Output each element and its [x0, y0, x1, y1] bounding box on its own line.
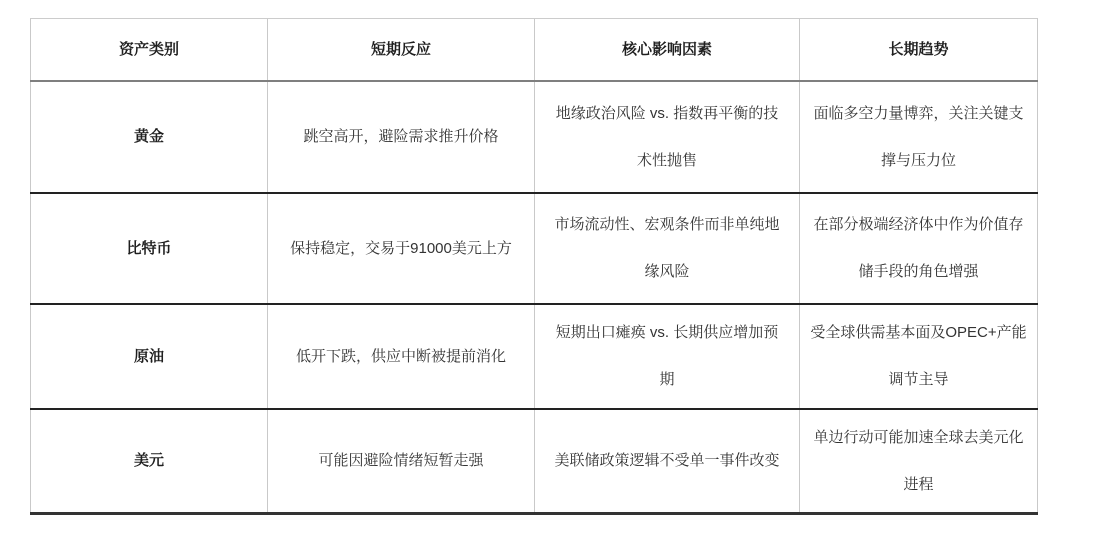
cell-long-term-trend: 面临多空力量博弈，关注关键支 撑与压力位: [800, 81, 1038, 193]
cell-asset-name: 比特币: [31, 193, 268, 304]
table-row-bitcoin: 比特币 保持稳定，交易于91000美元上方 市场流动性、宏观条件而非单纯地 缘风…: [31, 193, 1038, 304]
table-row-gold: 黄金 跳空高开，避险需求推升价格 地缘政治风险 vs. 指数再平衡的技 术性抛售…: [31, 81, 1038, 193]
header-cell-short-term-reaction: 短期反应: [268, 19, 535, 81]
cell-core-factors: 短期出口瘫痪 vs. 长期供应增加预 期: [535, 304, 800, 409]
cell-asset-name: 原油: [31, 304, 268, 409]
header-cell-core-factors: 核心影响因素: [535, 19, 800, 81]
cell-core-factors: 美联储政策逻辑不受单一事件改变: [535, 409, 800, 514]
cell-asset-name: 黄金: [31, 81, 268, 193]
cell-short-term-reaction: 可能因避险情绪短暂走强: [268, 409, 535, 514]
table-row-crude-oil: 原油 低开下跌，供应中断被提前消化 短期出口瘫痪 vs. 长期供应增加预 期 受…: [31, 304, 1038, 409]
cell-core-factors: 市场流动性、宏观条件而非单纯地 缘风险: [535, 193, 800, 304]
cell-long-term-trend: 单边行动可能加速全球去美元化 进程: [800, 409, 1038, 514]
cell-short-term-reaction: 跳空高开，避险需求推升价格: [268, 81, 535, 193]
cell-short-term-reaction: 保持稳定，交易于91000美元上方: [268, 193, 535, 304]
cell-asset-name: 美元: [31, 409, 268, 514]
table-row-us-dollar: 美元 可能因避险情绪短暂走强 美联储政策逻辑不受单一事件改变 单边行动可能加速全…: [31, 409, 1038, 514]
table-header-row: 资产类别 短期反应 核心影响因素 长期趋势: [31, 19, 1038, 81]
asset-market-impact-table: 资产类别 短期反应 核心影响因素 长期趋势 黄金 跳空高开，避险需求推升价格 地…: [30, 18, 1038, 515]
cell-long-term-trend: 在部分极端经济体中作为价值存 储手段的角色增强: [800, 193, 1038, 304]
cell-short-term-reaction: 低开下跌，供应中断被提前消化: [268, 304, 535, 409]
header-cell-asset-category: 资产类别: [31, 19, 268, 81]
header-cell-long-term-trend: 长期趋势: [800, 19, 1038, 81]
cell-core-factors: 地缘政治风险 vs. 指数再平衡的技 术性抛售: [535, 81, 800, 193]
cell-long-term-trend: 受全球供需基本面及OPEC+产能 调节主导: [800, 304, 1038, 409]
